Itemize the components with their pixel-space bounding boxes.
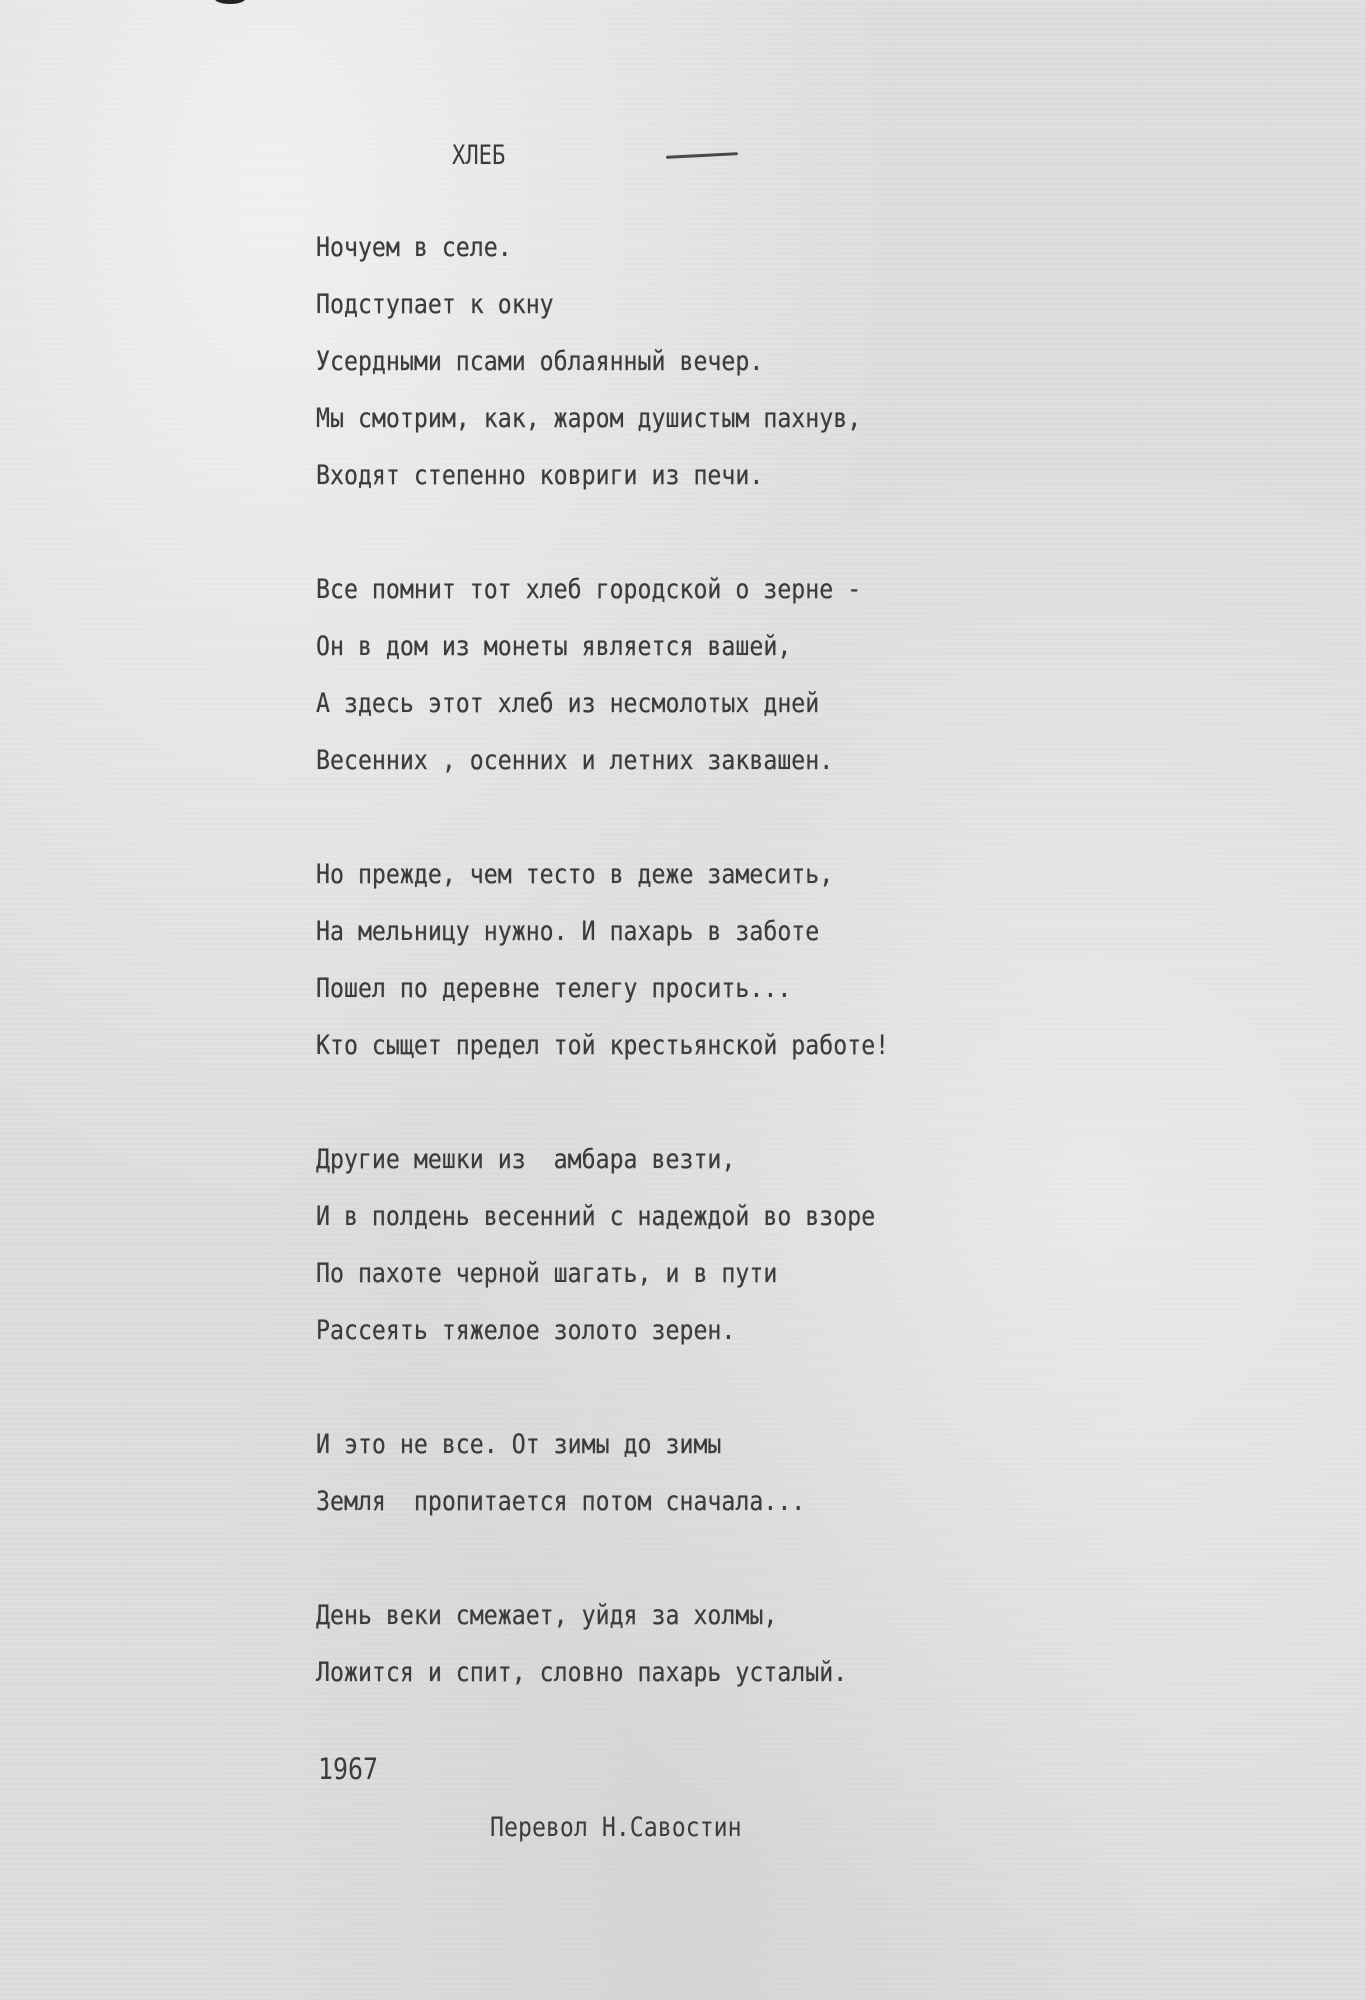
stanza: Все помнит тот хлеб городской о зерне - … bbox=[316, 572, 982, 800]
poem-line: А здесь этот хлеб из несмолотых дней bbox=[316, 686, 889, 743]
poem-line: Мы смотрим, как, жаром душистым пахнув, bbox=[316, 401, 889, 458]
ink-blot bbox=[215, 0, 245, 4]
stanza: И это не все. От зимы до зимы Земля проп… bbox=[316, 1427, 982, 1541]
typewritten-page: ХЛЕБ Ночуем в селе. Подступает к окну Ус… bbox=[0, 0, 1366, 2000]
stanza: Другие мешки из амбара везти, И в полден… bbox=[316, 1142, 982, 1370]
poem-line: Рассеять тяжелое золото зерен. bbox=[316, 1313, 889, 1370]
poem-body: Ночуем в селе. Подступает к окну Усердны… bbox=[316, 230, 982, 1769]
translator-credit: Перевол Н.Савостин bbox=[490, 1812, 742, 1843]
poem-line: Усердными псами облаянный вечер. bbox=[316, 344, 889, 401]
poem-line: Но прежде, чем тесто в деже замесить, bbox=[316, 857, 889, 914]
poem-line: Все помнит тот хлеб городской о зерне - bbox=[316, 572, 889, 629]
poem-line: День веки смежает, уйдя за холмы, bbox=[316, 1598, 889, 1655]
poem-line: Пошел по деревне телегу просить... bbox=[316, 971, 889, 1028]
poem-line: Входят степенно ковриги из печи. bbox=[316, 458, 889, 515]
poem-line: Весенних , осенних и летних заквашен. bbox=[316, 743, 889, 800]
poem-line: Он в дом из монеты является вашей, bbox=[316, 629, 889, 686]
poem-year: 1967 bbox=[318, 1752, 378, 1786]
poem-line: Ложится и спит, словно пахарь усталый. bbox=[316, 1655, 889, 1712]
poem-line: Кто сыщет предел той крестьянской работе… bbox=[316, 1028, 889, 1085]
poem-line: И в полдень весенний с надеждой во взоре bbox=[316, 1199, 889, 1256]
poem-line: Ночуем в селе. bbox=[316, 230, 889, 287]
stanza: Ночуем в селе. Подступает к окну Усердны… bbox=[316, 230, 982, 515]
poem-line: И это не все. От зимы до зимы bbox=[316, 1427, 889, 1484]
poem-line: Земля пропитается потом сначала... bbox=[316, 1484, 889, 1541]
poem-title: ХЛЕБ bbox=[452, 140, 505, 171]
stanza: Но прежде, чем тесто в деже замесить, На… bbox=[316, 857, 982, 1085]
stanza: День веки смежает, уйдя за холмы, Ложитс… bbox=[316, 1598, 982, 1712]
pen-mark bbox=[666, 152, 738, 159]
poem-line: Подступает к окну bbox=[316, 287, 889, 344]
poem-line: По пахоте черной шагать, и в пути bbox=[316, 1256, 889, 1313]
poem-line: На мельницу нужно. И пахарь в заботе bbox=[316, 914, 889, 971]
poem-line: Другие мешки из амбара везти, bbox=[316, 1142, 889, 1199]
